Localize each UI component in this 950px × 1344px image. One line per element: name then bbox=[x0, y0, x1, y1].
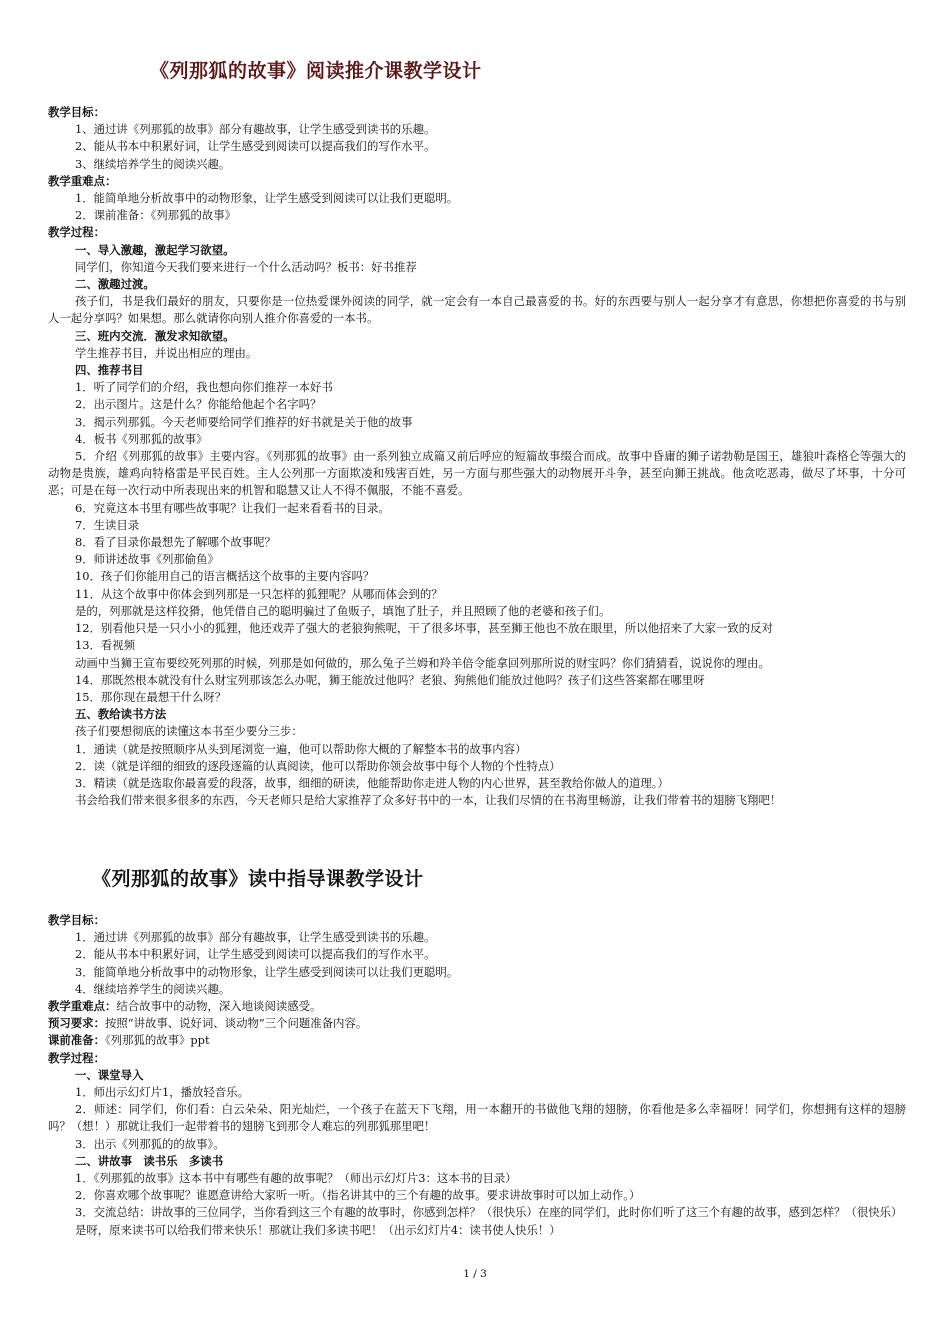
doc1-list-item: 10．孩子们你能用自己的语言概括这个故事的主要内容吗？ bbox=[48, 568, 906, 585]
doc1-process-label: 教学过程： bbox=[48, 224, 906, 241]
doc1-list-item: 11．从这个故事中你体会到列那是一只怎样的狐狸呢？从哪而体会到的？ bbox=[48, 586, 906, 603]
doc1-list-item: 动画中当狮王宣布要绞死列那的时候，列那是如何做的，那么兔子兰姆和羚羊倍令能拿回列… bbox=[48, 655, 906, 672]
doc1-list-item: 3．精读（就是选取你最喜爱的段落，故事，细细的研读，他能帮助你走进人物的内心世界… bbox=[48, 775, 906, 792]
doc1-section-heading: 一、导入激趣，激起学习欲望。 bbox=[48, 242, 906, 259]
doc2-list-item: 3．交流总结：讲故事的三位同学，当你看到这三个有趣的故事时，你感到怎样？（很快乐… bbox=[48, 1204, 906, 1221]
doc1-goals-label: 教学目标： bbox=[48, 104, 906, 121]
doc2-body: 教学目标： 1．通过讲《列那狐的故事》部分有趣故事，让学生感受到读书的乐趣。 2… bbox=[48, 912, 906, 1239]
doc1-paragraph: 孩子们，书是我们最好的朋友，只要你是一位热爱课外阅读的同学，就一定会有一本自己最… bbox=[48, 293, 906, 327]
doc2-list-item: 1．《列那狐的故事》这本书中有哪些有趣的故事呢？（师出示幻灯片3：这本书的目录） bbox=[48, 1170, 906, 1187]
doc2-list-item: 2．你喜欢哪个故事呢？谁愿意讲给大家听一听。（指名讲其中的三个有趣的故事。要求讲… bbox=[48, 1187, 906, 1204]
doc1-list-item: 14．那既然根本就没有什么财宝列那该怎么办呢，狮王能放过他吗？老狼、狗熊他们能放… bbox=[48, 672, 906, 689]
doc1-list-item: 6．究竟这本书里有哪些故事呢？让我们一起来看看书的目录。 bbox=[48, 500, 906, 517]
doc1-section-heading: 二、激趣过渡。 bbox=[48, 276, 906, 293]
doc1-list-item: 15．那你现在最想干什么呀？ bbox=[48, 689, 906, 706]
doc2-prep-label: 课前准备： bbox=[48, 1033, 105, 1047]
doc2-list-item: 3．出示《列那狐的的故事》。 bbox=[48, 1136, 906, 1153]
doc2-section-heading: 二、讲故事 读书乐 多读书 bbox=[48, 1153, 906, 1170]
doc1-list-item: 孩子们要想彻底的读懂这本书至少要分三步： bbox=[48, 723, 906, 740]
doc1-list-item: 3．揭示列那狐。今天老师要给同学们推荐的好书就是关于他的故事 bbox=[48, 414, 906, 431]
doc1-list-item: 4．板书《列那狐的故事》 bbox=[48, 431, 906, 448]
doc1-list-item: 5．介绍《列那狐的故事》主要内容。《列那狐的故事》由一系列独立成篇又前后呼应的短… bbox=[48, 448, 906, 500]
doc1-key-point: 1．能简单地分析故事中的动物形象，让学生感受到阅读可以让我们更聪明。 bbox=[48, 190, 906, 207]
doc1-paragraph: 学生推荐书目，并说出相应的理由。 bbox=[48, 345, 906, 362]
doc1-list-item: 2．出示图片。这是什么？你能给他起个名字吗？ bbox=[48, 396, 906, 413]
doc1-list-item: 1．通读（就是按照顺序从头到尾浏览一遍，他可以帮助你大概的了解整本书的故事内容） bbox=[48, 741, 906, 758]
doc1-goal: 1、通过讲《列那狐的故事》部分有趣故事，让学生感受到读书的乐趣。 bbox=[48, 121, 906, 138]
doc2-goal: 2．能从书本中积累好词，让学生感受到阅读可以提高我们的写作水平。 bbox=[48, 946, 906, 963]
document-page: 《列那狐的故事》阅读推介课教学设计 教学目标： 1、通过讲《列那狐的故事》部分有… bbox=[0, 0, 950, 1344]
doc2-goal: 3．能简单地分析故事中的动物形象，让学生感受到阅读可以让我们更聪明。 bbox=[48, 964, 906, 981]
doc2-prep-text: 《列那狐的故事》ppt bbox=[105, 1033, 210, 1047]
doc1-list-item: 9．师讲述故事《列那偷鱼》 bbox=[48, 551, 906, 568]
doc1-list-item: 2．读（就是详细的细致的逐段逐篇的认真阅读，他可以帮助你领会故事中每个人物的个性… bbox=[48, 758, 906, 775]
doc1-key-label: 教学重难点： bbox=[48, 173, 906, 190]
doc2-goals-label: 教学目标： bbox=[48, 912, 906, 929]
doc1-list-item: 13．看视频 bbox=[48, 637, 906, 654]
doc1-section-heading: 四、推荐书目 bbox=[48, 362, 906, 379]
doc1-section-heading: 五、教给读书方法 bbox=[48, 706, 906, 723]
doc1-paragraph: 书会给我们带来很多很多的东西，今天老师只是给大家推荐了众多好书中的一本，让我们尽… bbox=[48, 792, 906, 809]
doc2-goal: 4．继续培养学生的阅读兴趣。 bbox=[48, 981, 906, 998]
doc2-preview-text: 按照“讲故事、说好词、谈动物”三个问题准备内容。 bbox=[105, 1016, 367, 1030]
doc1-list-item: 8．看了目录你最想先了解哪个故事呢？ bbox=[48, 534, 906, 551]
doc1-title: 《列那狐的故事》阅读推介课教学设计 bbox=[150, 56, 482, 83]
doc2-preview-label: 预习要求： bbox=[48, 1016, 105, 1030]
doc1-goal: 3、继续培养学生的阅读兴趣。 bbox=[48, 156, 906, 173]
doc2-title: 《列那狐的故事》读中指导课教学设计 bbox=[92, 864, 424, 891]
doc2-process-label: 教学过程： bbox=[48, 1050, 906, 1067]
doc1-list-item: 12．别看他只是一只小小的狐狸，他还戏弄了强大的老狼狗熊呢，干了很多坏事，甚至狮… bbox=[48, 620, 906, 637]
doc1-list-item: 1．听了同学们的介绍，我也想向你们推荐一本好书 bbox=[48, 379, 906, 396]
doc1-list-item: 7．生读目录 bbox=[48, 517, 906, 534]
doc2-key-text: 结合故事中的动物，深入地谈阅读感受。 bbox=[116, 999, 321, 1013]
doc1-goal: 2、能从书本中积累好词，让学生感受到阅读可以提高我们的写作水平。 bbox=[48, 138, 906, 155]
page-number: 1 / 3 bbox=[0, 1268, 950, 1280]
doc1-key-point: 2．课前准备：《列那狐的故事》 bbox=[48, 207, 906, 224]
doc2-key-label: 教学重难点： bbox=[48, 999, 116, 1013]
doc2-goal: 1．通过讲《列那狐的故事》部分有趣故事，让学生感受到读书的乐趣。 bbox=[48, 929, 906, 946]
doc1-paragraph: 同学们，你知道今天我们要来进行一个什么活动吗？板书：好书推荐 bbox=[48, 259, 906, 276]
doc2-list-item: 1．师出示幻灯片1，播放轻音乐。 bbox=[48, 1084, 906, 1101]
doc2-list-item: 2．师述：同学们，你们看：白云朵朵、阳光灿烂，一个孩子在蓝天下飞翔，用一本翻开的… bbox=[48, 1101, 906, 1135]
doc2-section-heading: 一、课堂导入 bbox=[48, 1067, 906, 1084]
doc1-body: 教学目标： 1、通过讲《列那狐的故事》部分有趣故事，让学生感受到读书的乐趣。 2… bbox=[48, 104, 906, 809]
doc1-list-item: 是的，列那就是这样狡猾，他凭借自己的聪明骗过了鱼贩子，填饱了肚子，并且照顾了他的… bbox=[48, 603, 906, 620]
doc2-paragraph: 是呀，原来读书可以给我们带来快乐！那就让我们多读书吧！（出示幻灯片4：读书使人快… bbox=[48, 1222, 906, 1239]
doc1-section-heading: 三、班内交流．激发求知欲望。 bbox=[48, 328, 906, 345]
